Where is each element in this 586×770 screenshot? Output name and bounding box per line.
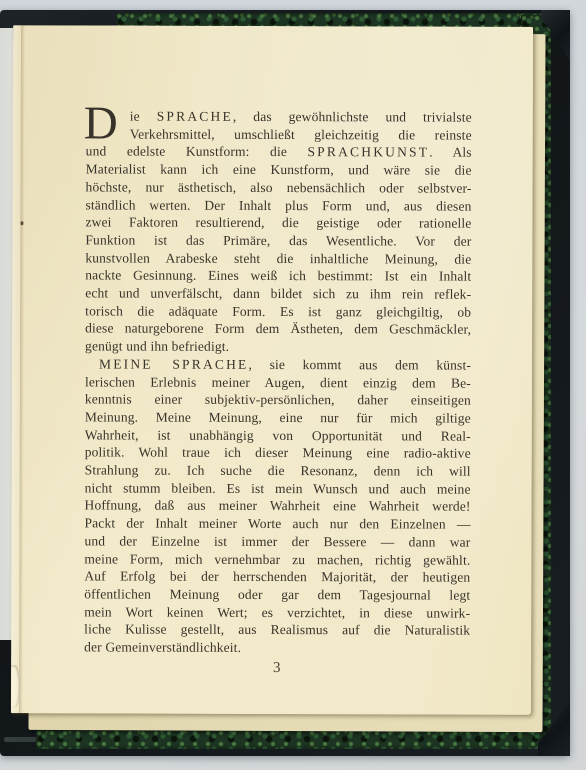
text-line: und edelste Kunstform: die SPRACHKUNST. … bbox=[86, 143, 472, 162]
paper-speck bbox=[20, 221, 23, 225]
scanned-book-page-photo: Die SPRACHE, das gewöhnlichste und trivi… bbox=[0, 0, 586, 770]
text-block: Die SPRACHE, das gewöhnlichste und trivi… bbox=[84, 107, 472, 657]
drop-cap: D bbox=[84, 106, 118, 140]
text-line: Verkehrsmittel, umschließt gleichzeitig … bbox=[130, 125, 472, 144]
text-line: MEINE SPRACHE, sie kommt aus dem künst- bbox=[85, 355, 471, 374]
text-line: Materialist kann ich eine Kunstform, und… bbox=[86, 161, 472, 180]
paragraph: MEINE SPRACHE, sie kommt aus dem künst-l… bbox=[84, 355, 471, 657]
text-line: der Gemeinverständlichkeit. bbox=[84, 639, 470, 658]
book-page: Die SPRACHE, das gewöhnlichste und trivi… bbox=[11, 25, 533, 715]
text-line: kunstvollen Arabeske steht die inhaltlic… bbox=[85, 249, 471, 268]
text-line: genügt und ihn befriedigt. bbox=[85, 338, 471, 357]
text-line: und der Einzelne ist immer der Bessere —… bbox=[84, 532, 470, 551]
text-line: liche Kulisse gestellt, aus Realismus au… bbox=[84, 621, 470, 640]
text-line: Strahlung zu. Ich suche die Resonanz, de… bbox=[85, 461, 471, 480]
text-line: Hoffnung, daß aus meiner Wahrheit eine W… bbox=[85, 497, 471, 516]
text-line: Packt der Inhalt meiner Worte auch nur d… bbox=[84, 515, 470, 534]
letterspaced-caps: MEINE SPRACHE bbox=[99, 356, 249, 371]
page-gutter-crease bbox=[19, 25, 25, 713]
text-line: Funktion ist das Primäre, das Wesentlich… bbox=[85, 231, 471, 250]
paragraph: Die SPRACHE, das gewöhnlichste und trivi… bbox=[85, 107, 472, 356]
text-line: ie SPRACHE, das gewöhnlichste und trivia… bbox=[130, 108, 472, 127]
letterspaced-caps: SPRACHKUNST bbox=[307, 145, 429, 160]
text-line: politik. Wohl traue ich dieser Meinung e… bbox=[85, 444, 471, 463]
text-line: Meinung. Meine Meinung, eine nur für mic… bbox=[85, 408, 471, 427]
text-line: diese naturgeborene Form dem Ästheten, d… bbox=[85, 320, 471, 339]
text-line: mein Wort keinen Wert; es verzichtet, in… bbox=[84, 603, 470, 622]
text-line: Auf Erfolg bei der herrschenden Majoritä… bbox=[84, 568, 470, 587]
text-line: zwei Faktoren resultierend, die geistige… bbox=[85, 214, 471, 233]
page-edge-tear bbox=[11, 665, 20, 707]
text-line: meine Form, mich vernehmbar zu machen, r… bbox=[84, 550, 470, 569]
text-line: echt und unverfälscht, dann bildet sich … bbox=[85, 284, 471, 303]
page-number: 3 bbox=[84, 659, 470, 677]
text-line: öffentlichen Meinung oder gar dem Tagesj… bbox=[84, 585, 470, 604]
text-line: kenntnis einer subjektiv-persönlichen, d… bbox=[85, 391, 471, 410]
letterspaced-caps: SPRACHE bbox=[157, 109, 233, 124]
text-line: ständlich werten. Der Inhalt plus Form u… bbox=[85, 196, 471, 215]
text-line: lerischen Erlebnis meiner Augen, dient e… bbox=[85, 373, 471, 392]
text-line: torisch die adäquate Form. Es ist ganz g… bbox=[85, 302, 471, 321]
text-line: nicht stumm bleiben. Es ist mein Wunsch … bbox=[85, 479, 471, 498]
text-line: Wahrheit, ist unabhängig von Opportunitä… bbox=[85, 426, 471, 445]
text-line: nackte Gesinnung. Eines weiß ich bestimm… bbox=[85, 267, 471, 286]
text-line: höchste, nur ästhetisch, also nebensächl… bbox=[86, 178, 472, 197]
marbled-paper-bottom-edge bbox=[36, 730, 544, 749]
